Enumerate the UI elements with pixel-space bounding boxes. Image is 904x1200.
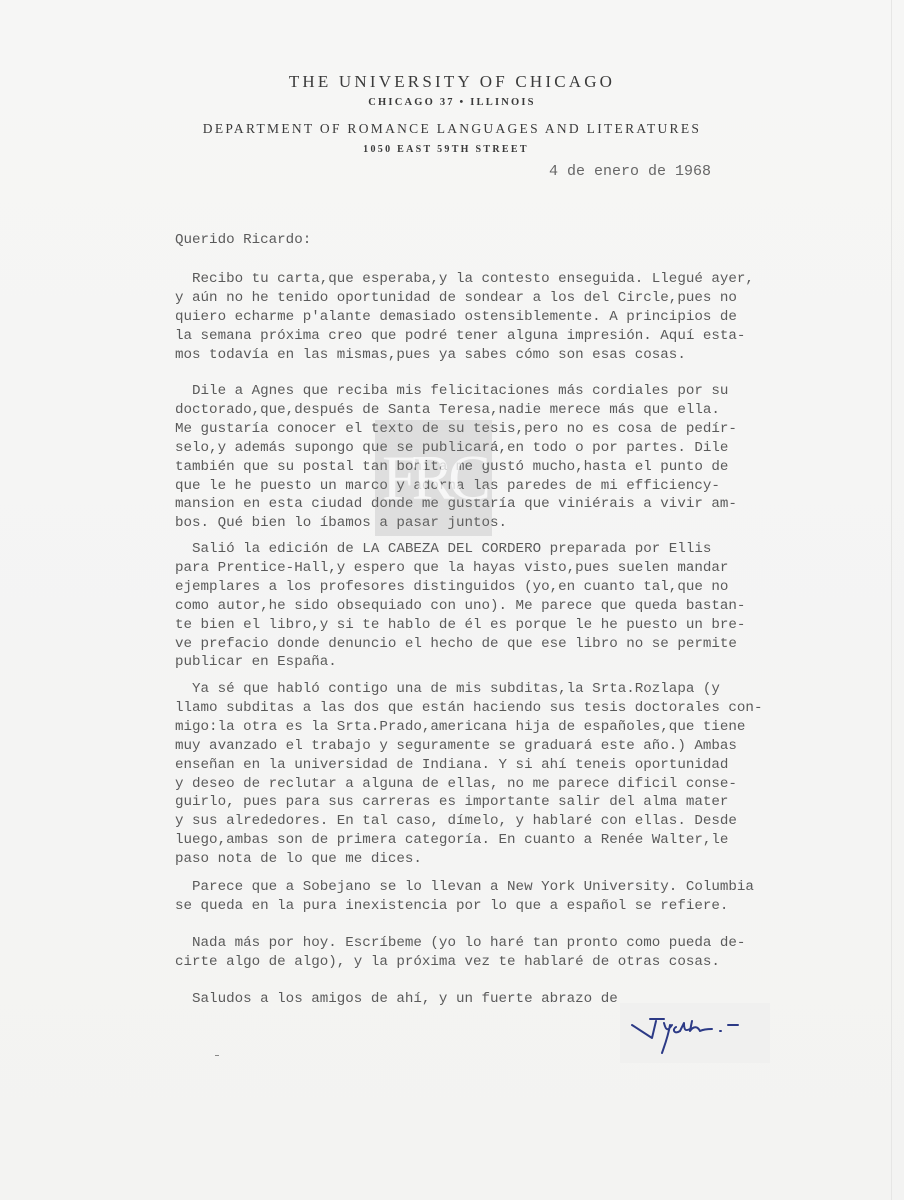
signature: [620, 1003, 770, 1063]
paragraph-3: Salió la edición de LA CABEZA DEL CORDER…: [175, 540, 795, 672]
watermark-logo: FRC: [375, 420, 492, 536]
page-edge: [891, 0, 892, 1200]
stray-mark: [215, 1055, 219, 1056]
signature-icon: [620, 1003, 770, 1063]
letter-page: THE UNIVERSITY OF CHICAGO CHICAGO 37 • I…: [0, 0, 904, 1200]
salutation: Querido Ricardo:: [175, 232, 311, 248]
letterhead-institution: THE UNIVERSITY OF CHICAGO: [0, 72, 904, 92]
letterhead-street: 1050 EAST 59TH STREET: [0, 144, 898, 155]
letterhead-department: DEPARTMENT OF ROMANCE LANGUAGES AND LITE…: [0, 121, 904, 137]
letter-date: 4 de enero de 1968: [549, 163, 711, 180]
letterhead-city: CHICAGO 37 • ILLINOIS: [0, 97, 904, 108]
paragraph-5: Parece que a Sobejano se lo llevan a New…: [175, 878, 795, 916]
paragraph-6: Nada más por hoy. Escríbeme (yo lo haré …: [175, 934, 795, 972]
paragraph-4: Ya sé que habló contigo una de mis subdi…: [175, 680, 795, 869]
paragraph-1: Recibo tu carta,que esperaba,y la contes…: [175, 270, 795, 365]
